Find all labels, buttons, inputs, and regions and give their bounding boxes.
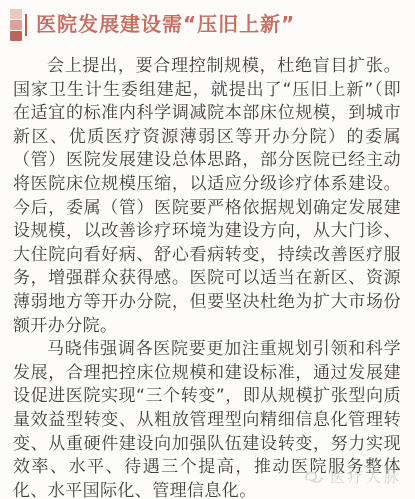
article-header: 医院发展建设需“压旧上新”	[0, 0, 415, 43]
page-title: 医院发展建设需“压旧上新”	[36, 11, 295, 37]
watermark: 医疗人脉	[303, 466, 402, 487]
watermark-label: 医疗人脉	[330, 466, 402, 487]
article-paragraph: 会上提出，要合理控制规模，杜绝盲目扩张。国家卫生计生委组建起，就提出了“压旧上新…	[13, 55, 401, 338]
article-body: 会上提出，要合理控制规模，杜绝盲目扩张。国家卫生计生委组建起，就提出了“压旧上新…	[0, 43, 415, 499]
article-page: 医院发展建设需“压旧上新” 会上提出，要合理控制规模，杜绝盲目扩张。国家卫生计生…	[0, 0, 415, 499]
brand-logo-icon	[303, 468, 325, 486]
stacked-squares-list-icon	[8, 9, 30, 43]
